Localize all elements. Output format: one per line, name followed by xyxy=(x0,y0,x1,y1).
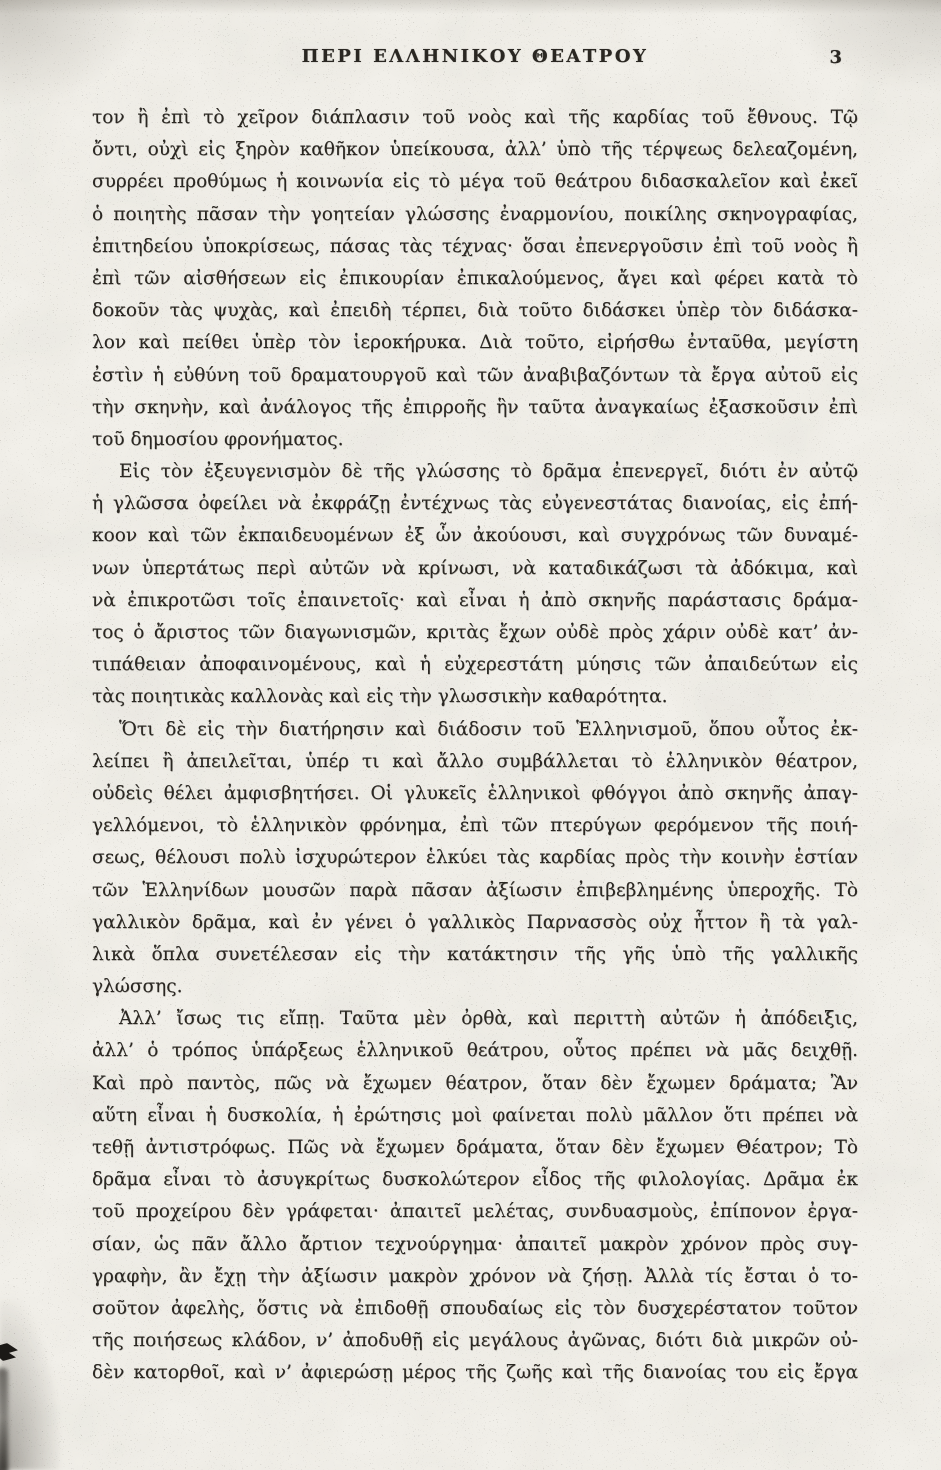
text-body: τον ἢ ἐπὶ τὸ χεῖρον διάπλασιν τοῦ νοὸς κ… xyxy=(92,102,858,1390)
text-line: Ἀλλ’ ἴσως τις εἴπῃ. Ταῦτα μὲν ὀρθὰ, καὶ … xyxy=(92,1003,858,1035)
text-line: σίαν, ὡς πᾶν ἄλλο ἄρτιον τεχνούργημα· ἀπ… xyxy=(92,1229,858,1261)
text-line: τος ὁ ἄριστος τῶν διαγωνισμῶν, κριτὰς ἔχ… xyxy=(92,617,858,649)
ink-streak xyxy=(0,1368,8,1470)
text-line: τὴν σκηνὴν, καὶ ἀνάλογος τῆς ἐπιρροῆς ἣν… xyxy=(92,392,858,424)
text-line: τὰς ποιητικὰς καλλονὰς καὶ εἰς τὴν γλωσσ… xyxy=(92,681,858,713)
text-line: συρρέει προθύμως ἡ κοινωνία εἰς τὸ μέγα … xyxy=(92,166,858,198)
scanned-page: ΠΕΡΙ ΕΛΛΗΝΙΚΟΥ ΘΕΑΤΡΟΥ 3 τον ἢ ἐπὶ τὸ χε… xyxy=(0,0,941,1470)
scan-smudge-bottom-left xyxy=(0,1300,60,1470)
text-line: σοῦτον ἀφελὴς, ὅστις νὰ ἐπιδοθῇ σπουδαίω… xyxy=(92,1293,858,1325)
text-line: γελλόμενοι, τὸ ἑλληνικὸν φρόνημα, ἐπὶ τῶ… xyxy=(92,810,858,842)
text-line: τον ἢ ἐπὶ τὸ χεῖρον διάπλασιν τοῦ νοὸς κ… xyxy=(92,102,858,134)
text-line: Ὅτι δὲ εἰς τὴν διατήρησιν καὶ διάδοσιν τ… xyxy=(92,714,858,746)
text-line: αὕτη εἶναι ἡ δυσκολία, ἡ ἐρώτησις μοὶ φα… xyxy=(92,1100,858,1132)
text-line: νὰ ἐπικροτῶσι τοῖς ἐπαινετοῖς· καὶ εἶναι… xyxy=(92,585,858,617)
ink-blot xyxy=(0,1343,18,1361)
text-line: νων ὑπερτάτως περὶ αὐτῶν νὰ κρίνωσι, νὰ … xyxy=(92,553,858,585)
text-line: ἡ γλῶσσα ὀφείλει νὰ ἐκφράζῃ ἐντέχνως τὰς… xyxy=(92,488,858,520)
text-line: ἐπιτηδείου ὑποκρίσεως, πάσας τὰς τέχνας·… xyxy=(92,231,858,263)
text-line: λικὰ ὅπλα συνετέλεσαν εἰς τὴν κατάκτησιν… xyxy=(92,939,858,971)
text-line: τοῦ προχείρου δὲν γράφεται· ἀπαιτεῖ μελέ… xyxy=(92,1196,858,1228)
text-line: τεθῇ ἀντιστρόφως. Πῶς νὰ ἔχωμεν δράματα,… xyxy=(92,1132,858,1164)
text-line: δρᾶμα εἶναι τὸ ἀσυγκρίτως δυσκολώτερον ε… xyxy=(92,1164,858,1196)
text-line: ὄντι, οὐχὶ εἰς ξηρὸν καθῆκον ὑπείκουσα, … xyxy=(92,134,858,166)
text-line: τῶν Ἑλληνίδων μουσῶν παρὰ πᾶσαν ἀξίωσιν … xyxy=(92,875,858,907)
text-line: Εἰς τὸν ἐξευγενισμὸν δὲ τῆς γλώσσης τὸ δ… xyxy=(92,456,858,488)
page-header: ΠΕΡΙ ΕΛΛΗΝΙΚΟΥ ΘΕΑΤΡΟΥ 3 xyxy=(92,46,858,72)
text-line: δοκοῦν τὰς ψυχὰς, καὶ ἐπειδὴ τέρπει, διὰ… xyxy=(92,295,858,327)
text-line: κοον καὶ τῶν ἐκπαιδευομένων ἐξ ὧν ἀκούου… xyxy=(92,520,858,552)
text-line: ὁ ποιητὴς πᾶσαν τὴν γοητείαν γλώσσης ἐνα… xyxy=(92,199,858,231)
text-line: δὲν κατορθοῖ, καὶ ν’ ἀφιερώσῃ μέρος τῆς … xyxy=(92,1357,858,1389)
text-line: σεως, θέλουσι πολὺ ἰσχυρώτερον ἑλκύει τὰ… xyxy=(92,842,858,874)
text-line: γραφὴν, ἂν ἔχῃ τὴν ἀξίωσιν μακρὸν χρόνον… xyxy=(92,1261,858,1293)
text-line: τῆς ποιήσεως κλάδον, ν’ ἀποδυθῇ εἰς μεγά… xyxy=(92,1325,858,1357)
text-line: λον καὶ πείθει ὑπὲρ τὸν ἱεροκήρυκα. Διὰ … xyxy=(92,327,858,359)
page-number: 3 xyxy=(829,47,842,68)
text-line: γλώσσης. xyxy=(92,971,858,1003)
text-line: οὐδεὶς θέλει ἀμφισβητήσει. Οἱ γλυκεῖς ἑλ… xyxy=(92,778,858,810)
text-line: ἐπὶ τῶν αἰσθήσεων εἰς ἐπικουρίαν ἐπικαλο… xyxy=(92,263,858,295)
text-line: γαλλικὸν δρᾶμα, καὶ ἐν γένει ὁ γαλλικὸς … xyxy=(92,907,858,939)
page-header-title: ΠΕΡΙ ΕΛΛΗΝΙΚΟΥ ΘΕΑΤΡΟΥ xyxy=(92,46,858,67)
text-line: λείπει ἢ ἀπειλεῖται, ὑπέρ τι καὶ ἄλλο συ… xyxy=(92,746,858,778)
text-line: τοῦ δημοσίου φρονήματος. xyxy=(92,424,858,456)
text-line: ἐστὶν ἡ εὐθύνη τοῦ δραματουργοῦ καὶ τῶν … xyxy=(92,360,858,392)
text-line: τιπάθειαν ἀποφαινομένους, καὶ ἡ εὐχερεστ… xyxy=(92,649,858,681)
text-line: Καὶ πρὸ παντὸς, πῶς νὰ ἔχωμεν θέατρον, ὅ… xyxy=(92,1068,858,1100)
scan-shadow-top-edge xyxy=(0,0,941,14)
text-line: ἀλλ’ ὁ τρόπος ὑπάρξεως ἑλληνικοῦ θεάτρου… xyxy=(92,1035,858,1067)
